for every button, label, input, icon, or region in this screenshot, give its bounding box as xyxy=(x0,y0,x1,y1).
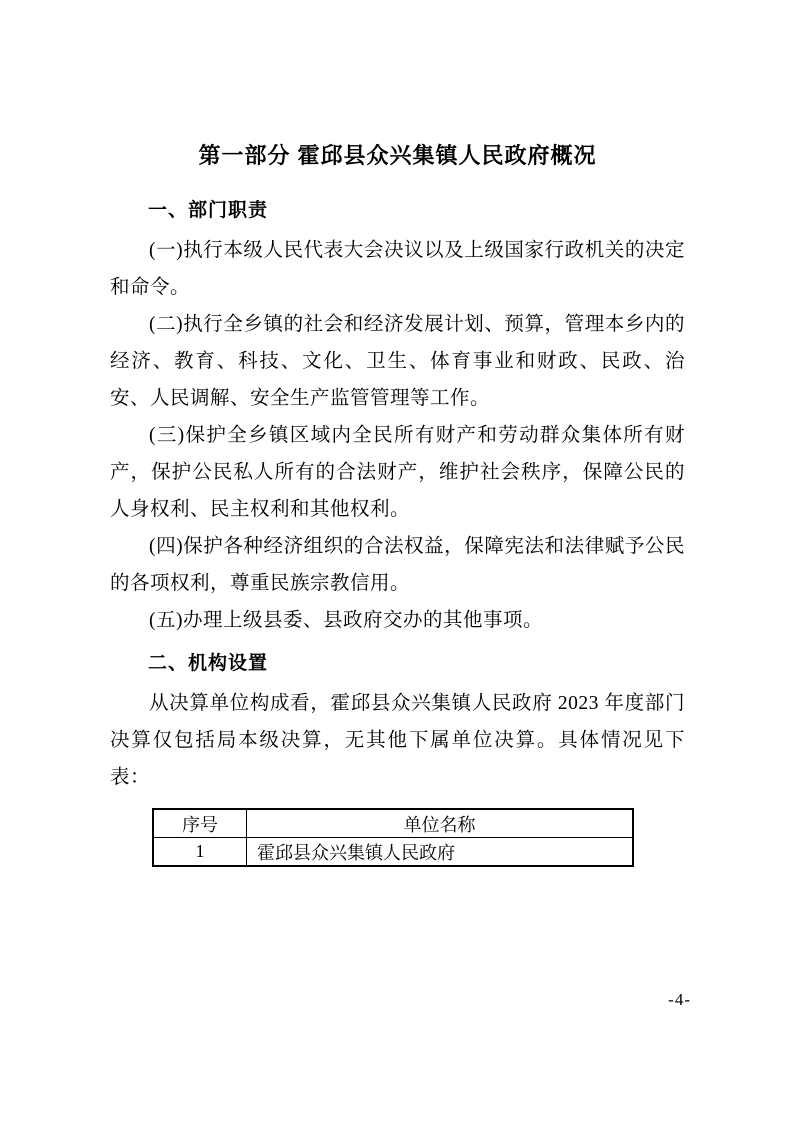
paragraph-duty-2: (二)执行全乡镇的社会和经济发展计划、预算，管理本乡内的经济、教育、科技、文化、… xyxy=(110,306,685,417)
section-heading-duties: 一、部门职责 xyxy=(110,194,685,228)
paragraph-organization-intro: 从决算单位构成看，霍邱县众兴集镇人民政府 2023 年度部门决算仅包括局本级决算… xyxy=(110,685,685,796)
page-number: -4- xyxy=(668,990,691,1010)
document-title: 第一部分 霍邱县众兴集镇人民政府概况 xyxy=(110,140,685,172)
unit-table-header-index: 序号 xyxy=(153,809,247,838)
unit-table-head: 序号 单位名称 xyxy=(153,809,633,838)
document-page: 第一部分 霍邱县众兴集镇人民政府概况 一、部门职责 (一)执行本级人民代表大会决… xyxy=(0,0,793,1122)
unit-name-cell: 霍邱县众兴集镇人民政府 xyxy=(247,838,634,867)
unit-table-header-name: 单位名称 xyxy=(247,809,634,838)
paragraph-duty-3: (三)保护全乡镇区域内全民所有财产和劳动群众集体所有财产，保护公民私人所有的合法… xyxy=(110,417,685,528)
section-duties-body: (一)执行本级人民代表大会决议以及上级国家行政机关的决定和命令。 (二)执行全乡… xyxy=(110,232,685,639)
section-organization-body: 从决算单位构成看，霍邱县众兴集镇人民政府 2023 年度部门决算仅包括局本级决算… xyxy=(110,685,685,796)
unit-table: 序号 单位名称 1 霍邱县众兴集镇人民政府 xyxy=(152,808,634,867)
unit-table-body: 1 霍邱县众兴集镇人民政府 xyxy=(153,838,633,867)
unit-index-cell: 1 xyxy=(153,838,247,867)
section-heading-organization: 二、机构设置 xyxy=(110,647,685,681)
paragraph-duty-5: (五)办理上级县委、县政府交办的其他事项。 xyxy=(110,602,685,639)
table-row: 1 霍邱县众兴集镇人民政府 xyxy=(153,838,633,867)
paragraph-duty-4: (四)保护各种经济组织的合法权益，保障宪法和法律赋予公民的各项权利，尊重民族宗教… xyxy=(110,528,685,602)
unit-table-header-row: 序号 单位名称 xyxy=(153,809,633,838)
document-content: 第一部分 霍邱县众兴集镇人民政府概况 一、部门职责 (一)执行本级人民代表大会决… xyxy=(110,140,685,867)
paragraph-duty-1: (一)执行本级人民代表大会决议以及上级国家行政机关的决定和命令。 xyxy=(110,232,685,306)
